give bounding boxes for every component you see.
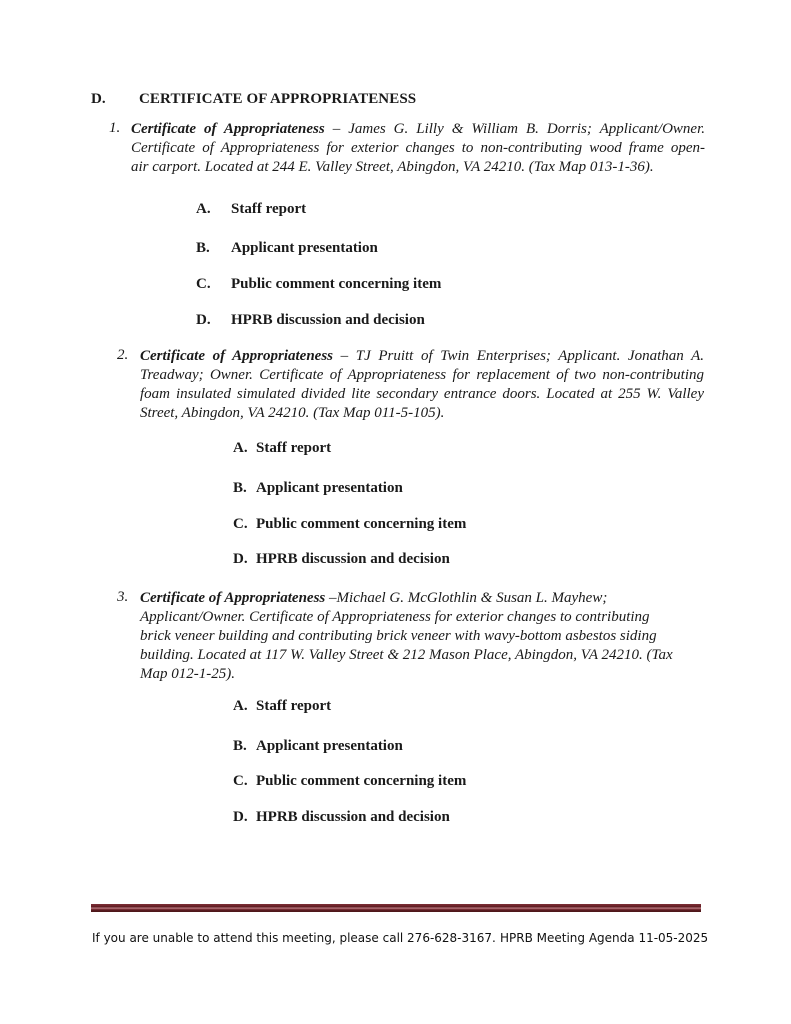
subitem-letter: D.	[196, 312, 211, 329]
subitem-letter: C.	[233, 773, 248, 790]
item-line: Certificate of Appropriateness –Michael …	[140, 589, 607, 608]
item-line: Treadway; Owner. Certificate of Appropri…	[140, 366, 704, 385]
item-line: Map 012-1-25).	[140, 665, 235, 684]
footer-agenda-date: HPRB Meeting Agenda 11-05-2025	[500, 931, 708, 945]
subitem-applicant-presentation: Applicant presentation	[256, 480, 403, 497]
item-line: Certificate of Appropriateness for exter…	[131, 139, 705, 158]
item-line: Street, Abingdon, VA 24210. (Tax Map 011…	[140, 404, 444, 423]
item-line: Applicant/Owner. Certificate of Appropri…	[140, 608, 650, 627]
subitem-staff-report: Staff report	[256, 440, 331, 457]
subitem-staff-report: Staff report	[231, 201, 306, 218]
item-line: Certificate of Appropriateness – James G…	[131, 120, 705, 139]
item-text: Michael G. McGlothlin & Susan L. Mayhew;	[337, 590, 608, 606]
item-line: Certificate of Appropriateness – TJ Prui…	[140, 347, 704, 366]
item-line: building. Located at 117 W. Valley Stree…	[140, 646, 673, 665]
item-title: Certificate of Appropriateness	[131, 121, 325, 137]
subitem-letter: D.	[233, 809, 248, 826]
item-text: James G. Lilly & William B. Dorris; Appl…	[348, 121, 705, 137]
item-line: foam insulated simulated divided lite se…	[140, 385, 704, 404]
subitem-letter: B.	[233, 738, 247, 755]
subitem-letter: B.	[196, 240, 210, 257]
item-text: TJ Pruitt of Twin Enterprises; Applicant…	[356, 348, 704, 364]
footer-contact-note: If you are unable to attend this meeting…	[92, 931, 496, 945]
subitem-letter: A.	[233, 440, 248, 457]
subitem-hprb-discussion: HPRB discussion and decision	[256, 809, 450, 826]
subitem-letter: C.	[233, 516, 248, 533]
section-title: CERTIFICATE OF APPROPRIATENESS	[139, 91, 416, 108]
item-title: Certificate of Appropriateness	[140, 348, 333, 364]
item-line: brick veneer building and contributing b…	[140, 627, 657, 646]
section-letter: D.	[91, 91, 106, 108]
subitem-staff-report: Staff report	[256, 698, 331, 715]
item-number: 3.	[117, 589, 128, 606]
subitem-letter: B.	[233, 480, 247, 497]
subitem-letter: D.	[233, 551, 248, 568]
subitem-public-comment: Public comment concerning item	[256, 516, 466, 533]
subitem-letter: A.	[196, 201, 211, 218]
subitem-letter: A.	[233, 698, 248, 715]
subitem-letter: C.	[196, 276, 211, 293]
footer-rule	[91, 904, 701, 912]
item-dash: –	[325, 590, 336, 606]
subitem-public-comment: Public comment concerning item	[231, 276, 441, 293]
item-line: air carport. Located at 244 E. Valley St…	[131, 158, 654, 177]
subitem-hprb-discussion: HPRB discussion and decision	[256, 551, 450, 568]
subitem-applicant-presentation: Applicant presentation	[231, 240, 378, 257]
item-title: Certificate of Appropriateness	[140, 590, 325, 606]
subitem-hprb-discussion: HPRB discussion and decision	[231, 312, 425, 329]
subitem-applicant-presentation: Applicant presentation	[256, 738, 403, 755]
subitem-public-comment: Public comment concerning item	[256, 773, 466, 790]
item-dash: –	[333, 348, 356, 364]
item-number: 2.	[117, 347, 128, 364]
item-number: 1.	[109, 120, 120, 137]
item-dash: –	[325, 121, 348, 137]
